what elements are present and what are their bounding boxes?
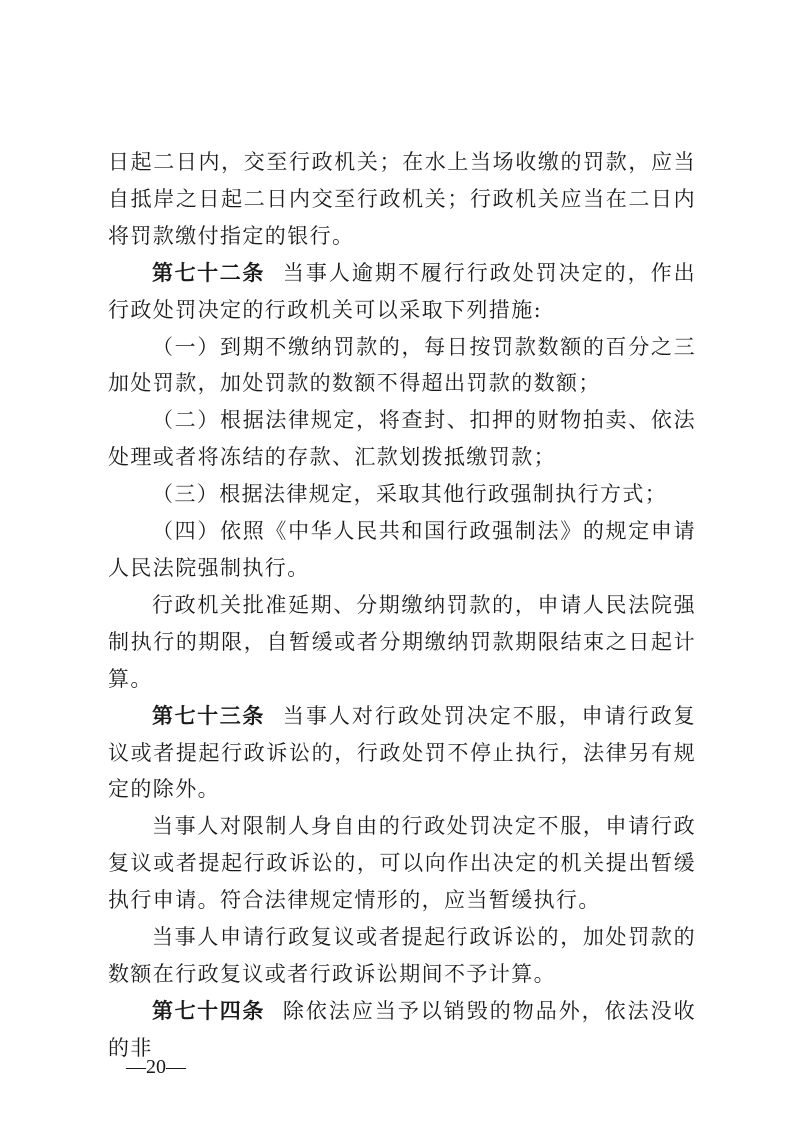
paragraph-continuation: 日起二日内，交至行政机关；在水上当场收缴的罚款，应当自抵岸之日起二日内交至行政机… [108, 144, 696, 255]
paragraph-extension-deadline: 行政机关批准延期、分期缴纳罚款的，申请人民法院强制执行的期限，自暂缓或者分期缴纳… [108, 587, 696, 698]
document-page: 日起二日内，交至行政机关；在水上当场收缴的罚款，应当自抵岸之日起二日内交至行政机… [108, 144, 696, 1067]
list-item-text: （四）依照《中华人民共和国行政强制法》的规定申请人民法院强制执行。 [108, 519, 696, 580]
list-item-3: （三）根据法律规定，采取其他行政强制执行方式； [108, 476, 696, 513]
list-item-1: （一）到期不缴纳罚款的，每日按罚款数额的百分之三加处罚款，加处罚款的数额不得超出… [108, 329, 696, 403]
list-item-text: （二）根据法律规定，将查封、扣押的财物拍卖、依法处理或者将冻结的存款、汇款划拨抵… [108, 408, 696, 469]
paragraph-suspension-request: 当事人对限制人身自由的行政处罚决定不服，申请行政复议或者提起行政诉讼的，可以向作… [108, 808, 696, 919]
paragraph-text: 日起二日内，交至行政机关；在水上当场收缴的罚款，应当自抵岸之日起二日内交至行政机… [108, 150, 696, 248]
paragraph-text: 行政机关批准延期、分期缴纳罚款的，申请人民法院强制执行的期限，自暂缓或者分期缴纳… [108, 593, 696, 691]
paragraph-text: 当事人申请行政复议或者提起行政诉讼的，加处罚款的数额在行政复议或者行政诉讼期间不… [108, 925, 696, 986]
paragraph-penalty-calculation: 当事人申请行政复议或者提起行政诉讼的，加处罚款的数额在行政复议或者行政诉讼期间不… [108, 919, 696, 993]
article-number: 第七十二条 [152, 261, 265, 285]
article-74: 第七十四条除依法应当予以销毁的物品外，依法没收的非 [108, 993, 696, 1067]
list-item-text: （三）根据法律规定，采取其他行政强制执行方式； [152, 482, 667, 506]
paragraph-text: 当事人对限制人身自由的行政处罚决定不服，申请行政复议或者提起行政诉讼的，可以向作… [108, 814, 696, 912]
article-number: 第七十四条 [152, 999, 265, 1023]
article-73: 第七十三条当事人对行政处罚决定不服，申请行政复议或者提起行政诉讼的，行政处罚不停… [108, 698, 696, 809]
list-item-4: （四）依照《中华人民共和国行政强制法》的规定申请人民法院强制执行。 [108, 513, 696, 587]
article-number: 第七十三条 [152, 704, 265, 728]
list-item-text: （一）到期不缴纳罚款的，每日按罚款数额的百分之三加处罚款，加处罚款的数额不得超出… [108, 335, 696, 396]
article-72: 第七十二条当事人逾期不履行行政处罚决定的，作出行政处罚决定的行政机关可以采取下列… [108, 255, 696, 329]
list-item-2: （二）根据法律规定，将查封、扣押的财物拍卖、依法处理或者将冻结的存款、汇款划拨抵… [108, 402, 696, 476]
page-number: —20— [126, 1056, 186, 1079]
